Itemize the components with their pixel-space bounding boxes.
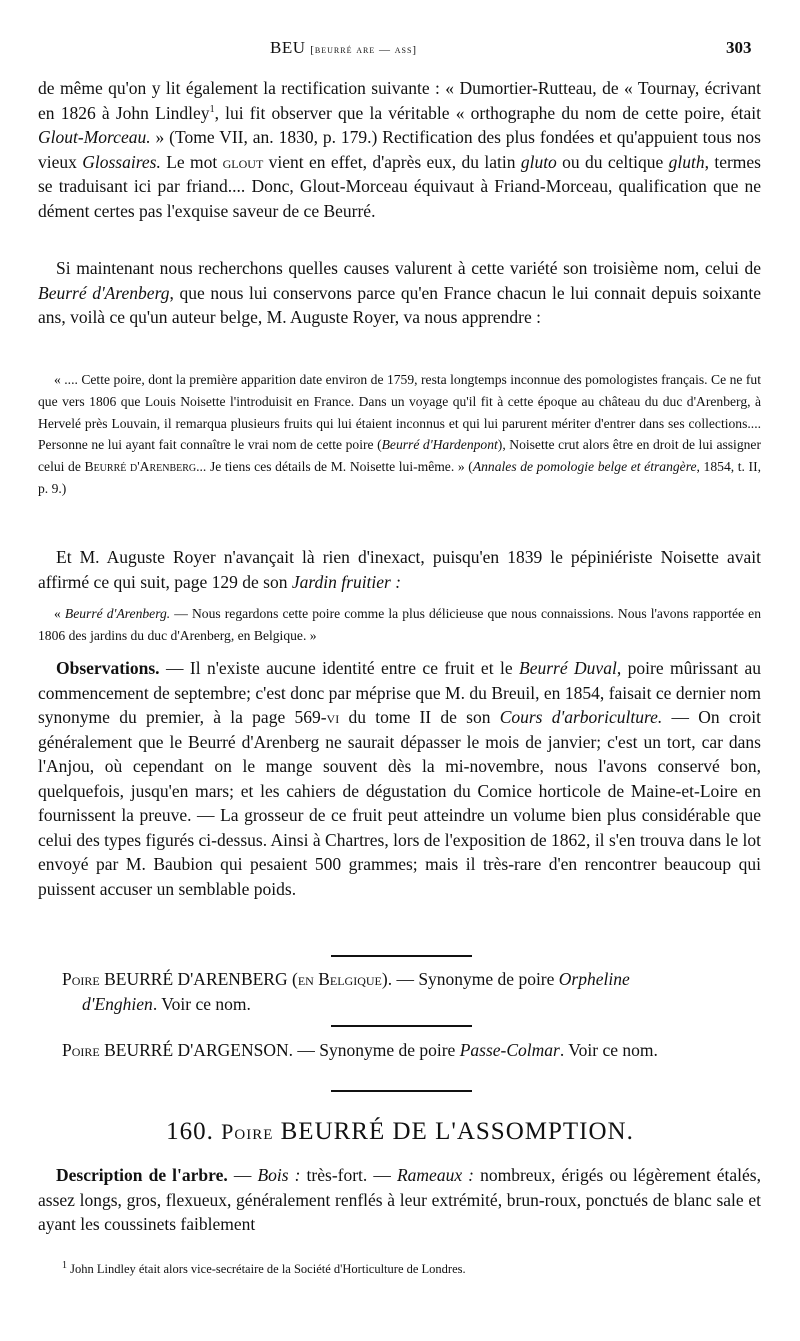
synonym-entry-arenberg: Poire BEURRÉ D'ARENBERG (en Belgique). —… xyxy=(62,967,762,1016)
text: Si maintenant nous recherchons quelles c… xyxy=(56,258,761,278)
italic-text: Beurré Duval xyxy=(519,658,617,678)
page-number: 303 xyxy=(726,38,752,58)
italic-text: Beurré d'Arenberg. xyxy=(65,606,170,621)
observations-label: Observations. xyxy=(56,658,160,678)
entry-name: BEURRÉ D'ARENBERG xyxy=(104,969,288,989)
paragraph-third-name: Si maintenant nous recherchons quelles c… xyxy=(38,256,761,330)
text: — xyxy=(228,1165,258,1185)
text: . — Synonyme de poire xyxy=(289,1040,460,1060)
entry-prefix: Poire xyxy=(62,969,100,989)
text: , lui fit observer que la véritable « or… xyxy=(215,103,761,123)
description-label: Description de l'arbre. xyxy=(56,1165,228,1185)
italic-text: gluth xyxy=(669,152,705,172)
italic-text: Annales de pomologie belge et étrangère xyxy=(473,459,697,474)
section-prefix: Poire xyxy=(221,1119,273,1144)
synonym-entry-argenson: Poire BEURRÉ D'ARGENSON. — Synonyme de p… xyxy=(62,1038,762,1063)
smallcaps-text: glout xyxy=(223,152,264,172)
paragraph-rectification: de même qu'on y lit également la rectifi… xyxy=(38,76,761,223)
paragraph-observations: Observations. — Il n'existe aucune ident… xyxy=(38,656,761,901)
italic-text: Bois : xyxy=(257,1165,300,1185)
text: — On croit généralement que le Beurré d'… xyxy=(38,707,761,899)
cross-reference-link[interactable]: Passe-Colmar xyxy=(460,1040,560,1060)
text: . Voir ce nom. xyxy=(153,994,251,1014)
footnote-text: John Lindley était alors vice-secrétaire… xyxy=(67,1262,466,1276)
quotation-royer: « .... Cette poire, dont la première app… xyxy=(38,369,761,500)
cross-reference-link[interactable]: d'Enghien xyxy=(82,994,153,1014)
section-heading: 160. Poire BEURRÉ DE L'ASSOMPTION. xyxy=(0,1118,800,1146)
italic-text: Glout-Morceau. xyxy=(38,127,151,147)
text: ou du celtique xyxy=(557,152,669,172)
section-divider xyxy=(331,1025,472,1027)
text: . Voir ce nom. xyxy=(560,1040,658,1060)
text: vient en effet, d'après eux, du latin xyxy=(263,152,521,172)
italic-text: Jardin fruitier : xyxy=(292,572,401,592)
paragraph-royer-noisette: Et M. Auguste Royer n'avançait là rien d… xyxy=(38,545,761,594)
cross-reference-link[interactable]: Orpheline xyxy=(559,969,630,989)
book-page: BEU [beurré are — ass] 303 de même qu'on… xyxy=(0,0,800,1341)
italic-text: Rameaux : xyxy=(397,1165,474,1185)
text: Le mot xyxy=(161,152,223,172)
smallcaps-text: vi xyxy=(327,707,340,727)
smallcaps-text: Beurré d'Arenberg xyxy=(85,459,197,474)
section-number: 160. xyxy=(166,1118,214,1145)
running-title: BEU [beurré are — ass] xyxy=(270,38,417,58)
quotation-noisette: « Beurré d'Arenberg. — Nous regardons ce… xyxy=(38,603,761,647)
entry-prefix: Poire xyxy=(62,1040,100,1060)
running-header: BEU [beurré are — ass] 303 xyxy=(0,38,800,62)
section-title: BEURRÉ DE L'ASSOMPTION. xyxy=(281,1118,634,1145)
italic-text: Cours d'arboriculture. xyxy=(500,707,663,727)
section-divider xyxy=(331,955,472,957)
text: « xyxy=(54,606,65,621)
entry-qualifier: (en Belgique) xyxy=(292,969,388,989)
text: . — Synonyme de poire xyxy=(388,969,559,989)
paragraph-tree-description: Description de l'arbre. — Bois : très-fo… xyxy=(38,1163,761,1237)
section-divider xyxy=(331,1090,472,1092)
italic-text: Beurré d'Arenberg xyxy=(38,283,169,303)
text: — Il n'existe aucune identité entre ce f… xyxy=(160,658,519,678)
italic-text: Glossaires. xyxy=(82,152,161,172)
italic-text: gluto xyxy=(521,152,557,172)
text: très-fort. — xyxy=(300,1165,397,1185)
entry-name: BEURRÉ D'ARGENSON xyxy=(104,1040,289,1060)
running-title-bracket: [beurré are — ass] xyxy=(310,44,417,56)
running-title-main: BEU xyxy=(270,38,306,57)
text: du tome II de son xyxy=(339,707,499,727)
italic-text: Beurré d'Hardenpont xyxy=(382,437,498,452)
text: ... Je tiens ces détails de M. Noisette … xyxy=(196,459,473,474)
footnote: 1 John Lindley était alors vice-secrétai… xyxy=(62,1262,466,1277)
